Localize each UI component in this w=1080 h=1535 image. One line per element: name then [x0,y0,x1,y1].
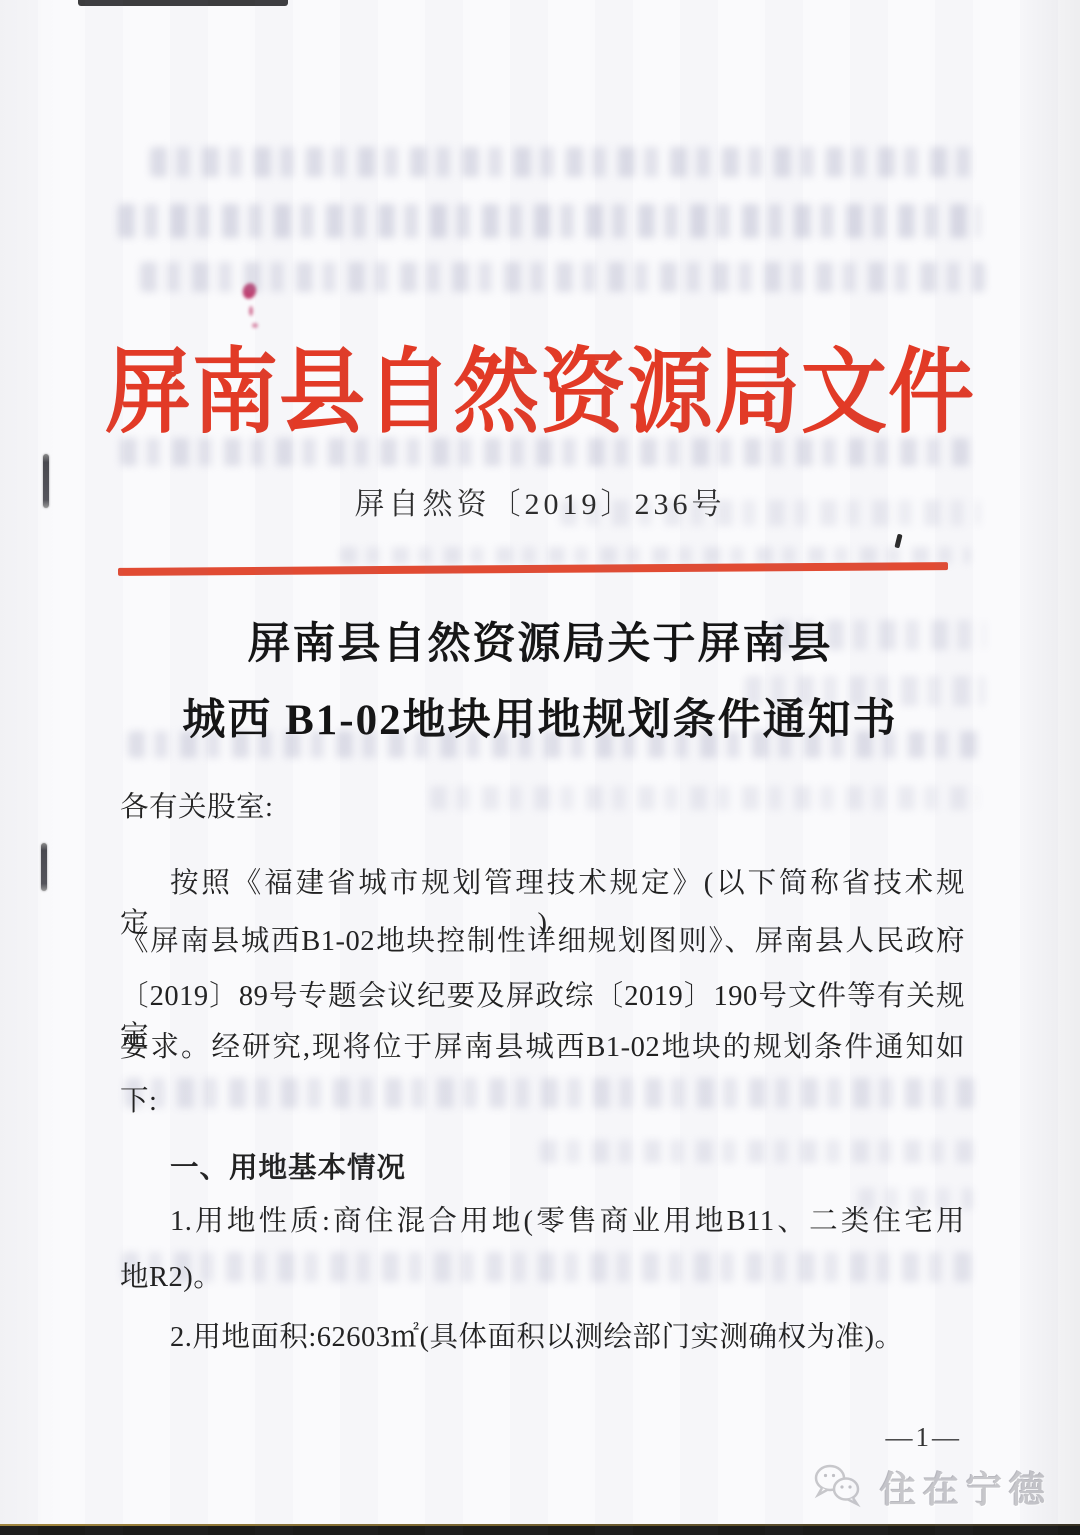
red-ink-smudge [249,306,253,316]
scan-edge-artifact [0,1526,1080,1535]
scan-edge-artifact [78,0,288,6]
wechat-bubbles-icon [812,1462,870,1513]
letterhead-divider-rule [118,562,948,576]
document-reference-number: 屏自然资〔2019〕236号 [0,479,1080,523]
publisher-watermark: 住在宁德 [812,1462,1052,1513]
bleed-through-text [118,204,980,238]
body-line: 要求。经研究,现将位于屏南县城西B1-02地块的规划条件通知如 [120,1028,965,1068]
body-line: 地R2)。 [120,1258,965,1298]
section-heading: 一、用地基本情况 [120,1148,965,1188]
document-title-line-1: 屏南县自然资源局关于屏南县 [0,610,1080,671]
scanned-document-page: 屏南县自然资源局文件 屏自然资〔2019〕236号 屏南县自然资源局关于屏南县 … [0,0,1080,1535]
body-line: 《屏南县城西B1-02地块控制性详细规划图则》、屏南县人民政府 [120,922,965,962]
bleed-through-text [140,262,985,292]
watermark-label: 住在宁德 [880,1462,1052,1513]
document-title-line-2: 城西 B1-02地块用地规划条件通知书 [0,686,1080,747]
staple-binding-bottom [41,843,47,891]
salutation: 各有关股室: [120,788,965,828]
body-line: 2.用地面积:62603㎡(具体面积以测绘部门实测确权为准)。 [120,1318,965,1358]
body-line: 下: [120,1082,965,1122]
page-number: —1— [886,1422,963,1453]
bleed-through-text [150,147,978,177]
body-line: 1.用地性质:商住混合用地(零售商业用地B11、二类住宅用 [120,1202,965,1242]
bleed-through-text [340,547,970,564]
agency-letterhead-title: 屏南县自然资源局文件 [0,317,1080,451]
